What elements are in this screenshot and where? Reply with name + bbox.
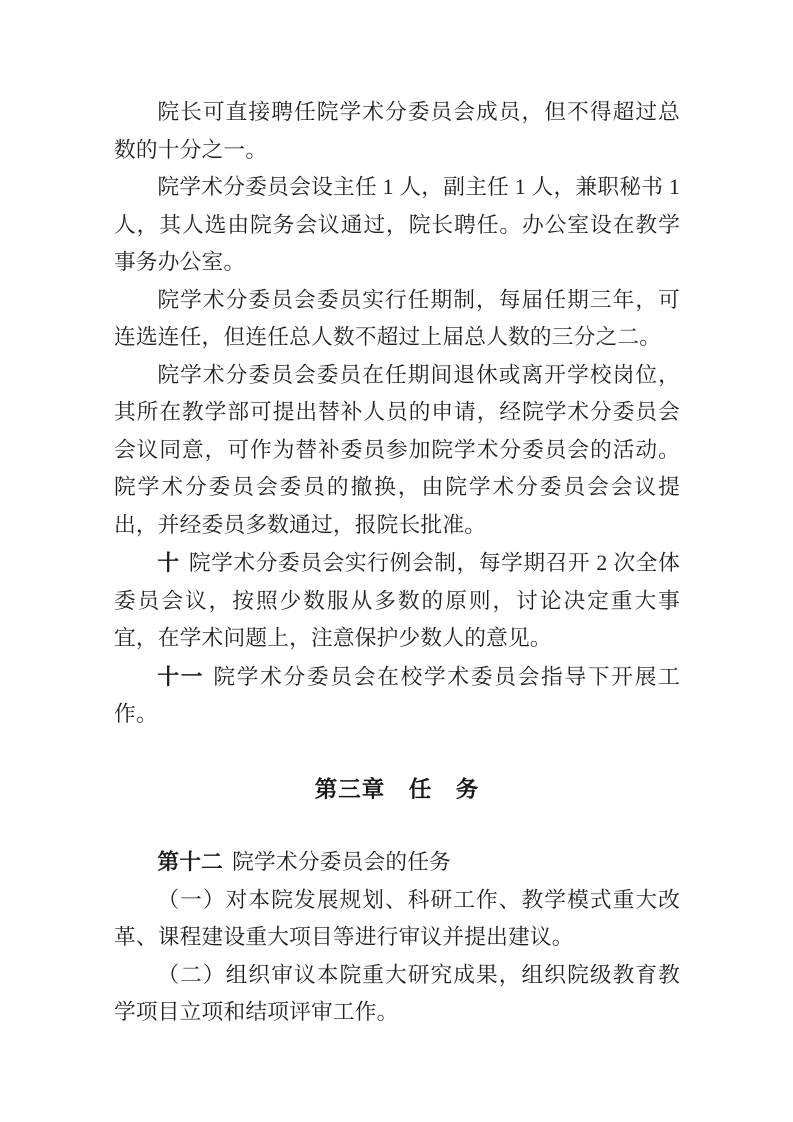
article-number: 十 [157,550,179,575]
paragraph-president-appointment: 院长可直接聘任院学术分委员会成员，但不得超过总数的十分之一。 [114,94,680,169]
article-11-paragraph: 十一院学术分委员会在校学术委员会指导下开展工作。 [114,658,680,734]
task-item-1-paragraph: （一）对本院发展规划、科研工作、教学模式重大改革、课程建设重大项目等进行审议并提… [114,882,680,957]
article-number: 第十二 [157,849,223,874]
paragraph-member-replacement: 院学术分委员会委员在任期间退休或离开学校岗位，其所在教学部可提出替补人员的申请，… [114,357,680,545]
paragraph-text: （一）对本院发展规划、科研工作、教学模式重大改革、课程建设重大项目等进行审议并提… [114,888,680,950]
paragraph-text: 院学术分委员会设主任 1 人，副主任 1 人，兼职秘书 1 人，其人选由院务会议… [114,175,680,274]
article-number: 十一 [157,664,204,689]
document-content: 院长可直接聘任院学术分委员会成员，但不得超过总数的十分之一。 院学术分委员会设主… [114,94,680,1032]
article-12-paragraph: 第十二院学术分委员会的任务 [114,843,680,882]
paragraph-text: 院学术分委员会委员实行任期制，每届任期三年，可连选连任，但连任总人数不超过上届总… [114,288,680,350]
chapter-3-heading: 第三章 任 务 [114,771,680,809]
paragraph-text: （二）组织审议本院重大研究成果，组织院级教育教学项目立项和结项评审工作。 [114,963,680,1025]
article-text: 院学术分委员会实行例会制，每学期召开 2 次全体委员会议，按照少数服从多数的原则… [114,551,680,650]
document-page: 院长可直接聘任院学术分委员会成员，但不得超过总数的十分之一。 院学术分委员会设主… [0,0,793,1122]
article-10-paragraph: 十院学术分委员会实行例会制，每学期召开 2 次全体委员会议，按照少数服从多数的原… [114,544,680,658]
paragraph-term-system: 院学术分委员会委员实行任期制，每届任期三年，可连选连任，但连任总人数不超过上届总… [114,282,680,357]
paragraph-text: 院长可直接聘任院学术分委员会成员，但不得超过总数的十分之一。 [114,100,680,162]
article-text: 院学术分委员会的任务 [232,850,451,874]
task-item-2-paragraph: （二）组织审议本院重大研究成果，组织院级教育教学项目立项和结项评审工作。 [114,957,680,1032]
paragraph-text: 院学术分委员会委员在任期间退休或离开学校岗位，其所在教学部可提出替补人员的申请，… [114,363,680,537]
paragraph-committee-positions: 院学术分委员会设主任 1 人，副主任 1 人，兼职秘书 1 人，其人选由院务会议… [114,169,680,282]
